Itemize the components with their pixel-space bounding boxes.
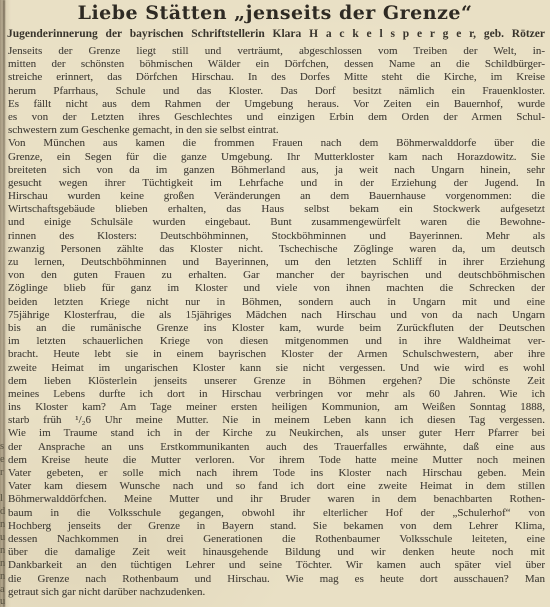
text-line: Es fällt nicht aus dem Rahmen der Umgebu… [8,98,545,111]
text-line: Grenze, ein Segen für die ganze Umgebung… [8,151,545,164]
text-line: Wirtschaftsgebäude blieben erhalten, das… [8,203,545,216]
column-fragment: n [0,545,5,556]
text-line: schwestern zum Geschenke gemacht, in den… [8,124,545,137]
column-fragment: l [0,493,3,504]
text-line: Zöglinge blieb für ganz im Kloster und v… [8,282,545,295]
text-line: rinnen des Klosters: Deutschböhminnen, S… [8,230,545,243]
text-line: Vater kam diesem Wunsche nach und so fan… [8,480,545,493]
article-body: Jenseits der Grenze liegt still und vert… [0,45,550,599]
text-line: Wie im Traume stand ich in der Kirche zu… [8,427,545,440]
text-line: Böhmerwalddörfchen. Meine Mutter und ihr… [8,493,545,506]
text-line: im letzten schauerlichen Kriege von dies… [8,335,545,348]
text-line: baum in die Volksschule gegangen, obwohl… [8,507,545,520]
text-line: Vater gebeten, er solle mich nach ihrem … [8,467,545,480]
text-line: zwanzig Personen zählte das Kloster nich… [8,243,545,256]
text-line: breiteten sich von da im ganzen Böhmerla… [8,164,545,177]
text-line: starb früh ¹/₂6 Uhr meine Mutter. Nie in… [8,414,545,427]
column-fragment: u [0,532,5,543]
article-subtitle: Jugenderinnerung der bayrischen Schrifts… [0,27,550,41]
text-line: dem Kreise heute die Mutter verloren. Vo… [8,454,545,467]
text-line: von den guten Frauen zu erhalten. Gar ma… [8,269,545,282]
text-line: dem lieben Klösterlein jenseits unserer … [8,375,545,388]
text-line: Jenseits der Grenze liegt still und vert… [8,45,545,58]
column-fragment: n, [0,571,5,582]
adjacent-column-fragments: serldnunnn,asus [0,0,5,607]
text-line: dessen Nachkommen in drei Generationen d… [8,533,545,546]
column-fragment: n [0,519,5,530]
text-line: zweite Heimat im ungarischen Kloster kan… [8,362,545,375]
text-line: die Grenze nach Rothenbaum und Hirschau.… [8,573,545,586]
text-line: Hochberg jenseits der Grenze in Bayern s… [8,520,545,533]
column-fragment: s [0,441,4,452]
column-fragment: as [0,584,5,595]
text-line: der Ansprache an uns Erstkommunikanten a… [8,441,545,454]
text-line: es von der Letzten ihres Geschlechtes un… [8,111,545,124]
column-fragment: e [0,454,5,465]
text-line: herum Pfarrhaus, Schule und das Kloster.… [8,85,545,98]
text-line: bracht. Heute lebt sie in einem bayrisch… [8,348,545,361]
text-line: mitten der schönsten böhmischen Wälder e… [8,58,545,71]
column-fragment: r [0,467,4,478]
column-fragment: us [0,596,5,607]
text-line: ins Kloster kam? Am Tage meiner ersten h… [8,401,545,414]
text-line: getraut sich gar nicht darüber nachzuden… [8,586,545,599]
column-fragment: n [0,558,5,569]
article-title: Liebe Stätten „jenseits der Grenze“ [0,0,550,25]
scanned-newspaper-page: serldnunnn,asus Liebe Stätten „jenseits … [0,0,550,607]
text-line: Hirschau wurden keine großen Veränderung… [8,190,545,203]
text-line: beiden letzten Kriege nicht nur in Böhme… [8,296,545,309]
text-line: Dankbarkeit an den tüchtigen Lehrer und … [8,559,545,572]
text-line: streiche erinnert, das Dörfchen Hirschau… [8,71,545,84]
text-line: 75jährige Klosterfrau, die als 15jährige… [8,309,545,322]
column-fragment: d [0,506,5,517]
text-line: und einige Schulsäle wurden eingebaut. B… [8,216,545,229]
text-line: zu lernen, Deutschböhminnen und Bayerinn… [8,256,545,269]
text-line: bis an die rumänische Grenze ins Kloster… [8,322,545,335]
text-line: über die damalige Zeit weit hinausgehend… [8,546,545,559]
text-line: meines Lebens durfte ich dort in Hirscha… [8,388,545,401]
text-line: gesucht wegen ihrer Tüchtigkeit im Lehrf… [8,177,545,190]
text-line: Von München aus kamen die frommen Frauen… [8,137,545,150]
